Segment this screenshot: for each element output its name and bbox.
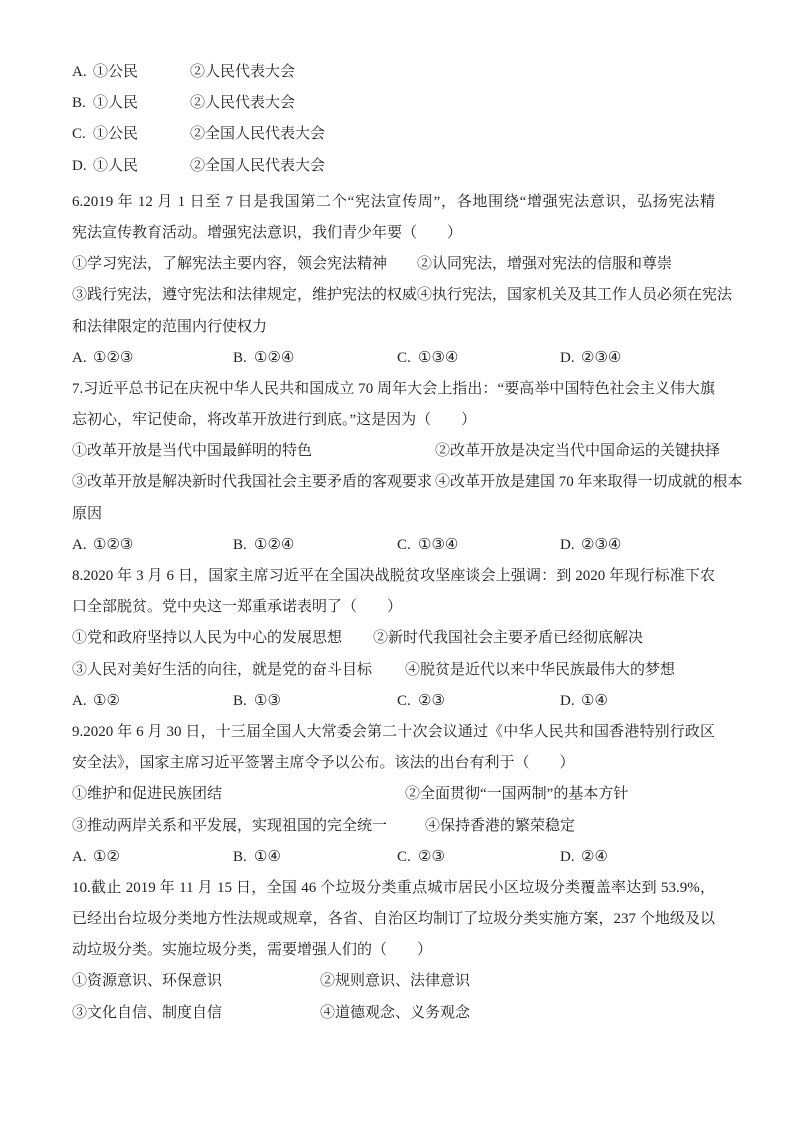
choice-cell-a: A.①②③ bbox=[72, 343, 133, 374]
exam-document-page: A.①公民 ②人民代表大会 B.①人民 ②人民代表大会 C.①公民 ②全国人民代… bbox=[0, 0, 793, 1029]
choice-cell-b: B.①②④ bbox=[233, 530, 294, 561]
question-text-line: 宪法宣传教育活动。增强宪法意识，我们青少年要（ ） bbox=[72, 218, 715, 249]
option-letter: B. bbox=[72, 88, 93, 119]
sub-option: ②全面贯彻“一国两制”的基本方针 bbox=[405, 779, 628, 810]
sub-options-row: ①改革开放是当代中国最鲜明的特色 ②改革开放是决定当代中国命运的关键抉择 bbox=[72, 436, 715, 467]
choice-text: ①②④ bbox=[254, 537, 294, 553]
question-text-line: 安全法》，国家主席习近平签署主席令予以公布。该法的出台有利于（ ） bbox=[72, 748, 715, 779]
sub-options-row: ③改革开放是解决新时代我国社会主要矛盾的客观要求 ④改革开放是建国 70 年来取… bbox=[72, 467, 715, 498]
choice-cell-b: B.①④ bbox=[233, 842, 281, 873]
sub-option: ③人民对美好生活的向往，就是党的奋斗目标 bbox=[72, 655, 372, 686]
sub-option: ①党和政府坚持以人民为中心的发展思想 bbox=[72, 623, 342, 654]
sub-option: ③践行宪法，遵守宪法和法律规定，维护宪法的权威 bbox=[72, 280, 417, 311]
sub-options-row: ③文化自信、制度自信 ④道德观念、义务观念 bbox=[72, 998, 715, 1029]
sub-option: ②规则意识、法律意识 bbox=[320, 966, 470, 997]
question-text-line: 8.2020 年 3 月 6 日，国家主席习近平在全国决战脱贫攻坚座谈会上强调：… bbox=[72, 561, 715, 592]
question-7: 7.习近平总书记在庆祝中华人民共和国成立 70 周年大会上指出：“要高举中国特色… bbox=[72, 374, 715, 561]
choice-text: ①②④ bbox=[254, 350, 294, 366]
choice-text: ②③④ bbox=[581, 537, 621, 553]
choice-letter: B. bbox=[233, 530, 254, 561]
sub-option: ①资源意识、环保意识 bbox=[72, 966, 222, 997]
choice-letter: C. bbox=[397, 343, 418, 374]
choice-text: ②④ bbox=[581, 849, 608, 865]
choice-letter: D. bbox=[560, 343, 581, 374]
sub-option: ④保持香港的繁荣稳定 bbox=[425, 811, 575, 842]
question-text-line: 原因 bbox=[72, 499, 715, 530]
choice-text: ①② bbox=[93, 849, 120, 865]
sub-options-row: ③人民对美好生活的向往，就是党的奋斗目标 ④脱贫是近代以来中华民族最伟大的梦想 bbox=[72, 655, 715, 686]
choice-cell-a: A.①② bbox=[72, 686, 120, 717]
choice-text: ①③④ bbox=[418, 350, 458, 366]
option-letter: A. bbox=[72, 57, 93, 88]
choice-cell-a: A.①②③ bbox=[72, 530, 133, 561]
choice-letter: A. bbox=[72, 842, 93, 873]
sub-options-row: ①维护和促进民族团结 ②全面贯彻“一国两制”的基本方针 bbox=[72, 779, 715, 810]
question-9: 9.2020 年 6 月 30 日，十三届全国人大常委会第二十次会议通过《中华人… bbox=[72, 717, 715, 873]
choice-cell-d: D.②③④ bbox=[560, 530, 621, 561]
choice-letter: B. bbox=[233, 842, 254, 873]
choice-cell-d: D.①④ bbox=[560, 686, 608, 717]
sub-option: ③改革开放是解决新时代我国社会主要矛盾的客观要求 bbox=[72, 467, 432, 498]
choice-cell-c: C.①③④ bbox=[397, 530, 458, 561]
choice-cell-d: D.②③④ bbox=[560, 343, 621, 374]
option-text: ②人民代表大会 bbox=[190, 88, 295, 119]
option-row-c: C.①公民 ②全国人民代表大会 bbox=[72, 119, 715, 150]
choice-text: ①② bbox=[93, 693, 120, 709]
question-10: 10.截止 2019 年 11 月 15 日，全国 46 个垃圾分类重点城市居民… bbox=[72, 873, 715, 1029]
choice-letter: D. bbox=[560, 686, 581, 717]
sub-options-row: ①党和政府坚持以人民为中心的发展思想 ②新时代我国社会主要矛盾已经彻底解决 bbox=[72, 623, 715, 654]
option-row-a: A.①公民 ②人民代表大会 bbox=[72, 57, 715, 88]
sub-option: ④道德观念、义务观念 bbox=[320, 998, 470, 1029]
choice-cell-b: B.①③ bbox=[233, 686, 281, 717]
option-text: ②人民代表大会 bbox=[190, 57, 295, 88]
option-text: ①人民 bbox=[93, 95, 138, 111]
choice-row: A.①②③ B.①②④ C.①③④ D.②③④ bbox=[72, 343, 715, 374]
option-cell: B.①人民 bbox=[72, 88, 138, 119]
question-text-line: 动垃圾分类。实施垃圾分类，需要增强人们的（ ） bbox=[72, 935, 715, 966]
choice-letter: A. bbox=[72, 530, 93, 561]
question-5-options: A.①公民 ②人民代表大会 B.①人民 ②人民代表大会 C.①公民 ②全国人民代… bbox=[72, 57, 715, 182]
question-text-line: 7.习近平总书记在庆祝中华人民共和国成立 70 周年大会上指出：“要高举中国特色… bbox=[72, 374, 715, 405]
sub-options-row: ①学习宪法，了解宪法主要内容，领会宪法精神 ②认同宪法，增强对宪法的信服和尊崇 bbox=[72, 249, 715, 280]
choice-text: ①②③ bbox=[93, 537, 133, 553]
sub-option: ③文化自信、制度自信 bbox=[72, 998, 222, 1029]
choice-text: ①④ bbox=[254, 849, 281, 865]
sub-option: ①改革开放是当代中国最鲜明的特色 bbox=[72, 436, 312, 467]
question-8: 8.2020 年 3 月 6 日，国家主席习近平在全国决战脱贫攻坚座谈会上强调：… bbox=[72, 561, 715, 717]
choice-letter: B. bbox=[233, 343, 254, 374]
sub-options-row: ③推动两岸关系和平发展，实现祖国的完全统一 ④保持香港的繁荣稳定 bbox=[72, 811, 715, 842]
sub-options-row: ③践行宪法，遵守宪法和法律规定，维护宪法的权威 ④执行宪法，国家机关及其工作人员… bbox=[72, 280, 715, 311]
question-text-line: 忘初心，牢记使命，将改革开放进行到底。”这是因为（ ） bbox=[72, 405, 715, 436]
choice-row: A.①② B.①④ C.②③ D.②④ bbox=[72, 842, 715, 873]
option-cell: A.①公民 bbox=[72, 57, 138, 88]
question-text-line: 已经出台垃圾分类地方性法规或规章，各省、自治区均制订了垃圾分类实施方案，237 … bbox=[72, 904, 715, 935]
choice-letter: C. bbox=[397, 530, 418, 561]
sub-option: ④脱贫是近代以来中华民族最伟大的梦想 bbox=[405, 655, 675, 686]
option-letter: C. bbox=[72, 119, 93, 150]
choice-cell-d: D.②④ bbox=[560, 842, 608, 873]
option-text: ①公民 bbox=[93, 64, 138, 80]
choice-letter: D. bbox=[560, 842, 581, 873]
question-6: 6.2019 年 12 月 1 日至 7 日是我国第二个“宪法宣传周”，各地围绕… bbox=[72, 187, 715, 374]
choice-text: ①④ bbox=[581, 693, 608, 709]
sub-option: ④执行宪法，国家机关及其工作人员必须在宪法 bbox=[417, 280, 732, 311]
option-cell: C.①公民 bbox=[72, 119, 138, 150]
option-row-b: B.①人民 ②人民代表大会 bbox=[72, 88, 715, 119]
choice-letter: A. bbox=[72, 343, 93, 374]
choice-letter: D. bbox=[560, 530, 581, 561]
question-text-line: 口全部脱贫。党中央这一郑重承诺表明了（ ） bbox=[72, 592, 715, 623]
option-text: ①公民 bbox=[93, 126, 138, 142]
choice-letter: C. bbox=[397, 842, 418, 873]
sub-option: ④改革开放是建国 70 年来取得一切成就的根本 bbox=[435, 467, 743, 498]
question-text-line: 和法律限定的范围内行使权力 bbox=[72, 312, 715, 343]
sub-option: ①学习宪法，了解宪法主要内容，领会宪法精神 bbox=[72, 249, 387, 280]
option-text: ②全国人民代表大会 bbox=[190, 119, 325, 150]
choice-row: A.①②③ B.①②④ C.①③④ D.②③④ bbox=[72, 530, 715, 561]
sub-option: ③推动两岸关系和平发展，实现祖国的完全统一 bbox=[72, 811, 387, 842]
option-text: ②全国人民代表大会 bbox=[190, 151, 325, 182]
choice-letter: B. bbox=[233, 686, 254, 717]
choice-cell-c: C.②③ bbox=[397, 842, 445, 873]
option-row-d: D.①人民 ②全国人民代表大会 bbox=[72, 151, 715, 182]
sub-options-row: ①资源意识、环保意识 ②规则意识、法律意识 bbox=[72, 966, 715, 997]
sub-option: ②认同宪法，增强对宪法的信服和尊崇 bbox=[417, 249, 672, 280]
choice-cell-b: B.①②④ bbox=[233, 343, 294, 374]
option-text: ①人民 bbox=[93, 158, 138, 174]
sub-option: ②新时代我国社会主要矛盾已经彻底解决 bbox=[373, 623, 643, 654]
question-text-line: 6.2019 年 12 月 1 日至 7 日是我国第二个“宪法宣传周”，各地围绕… bbox=[72, 187, 715, 218]
sub-option: ②改革开放是决定当代中国命运的关键抉择 bbox=[435, 436, 720, 467]
question-text-line: 9.2020 年 6 月 30 日，十三届全国人大常委会第二十次会议通过《中华人… bbox=[72, 717, 715, 748]
choice-letter: A. bbox=[72, 686, 93, 717]
choice-cell-a: A.①② bbox=[72, 842, 120, 873]
choice-row: A.①② B.①③ C.②③ D.①④ bbox=[72, 686, 715, 717]
choice-text: ①②③ bbox=[93, 350, 133, 366]
option-cell: D.①人民 bbox=[72, 151, 138, 182]
choice-cell-c: C.②③ bbox=[397, 686, 445, 717]
choice-text: ②③ bbox=[418, 849, 445, 865]
sub-option: ①维护和促进民族团结 bbox=[72, 779, 222, 810]
choice-text: ①③ bbox=[254, 693, 281, 709]
choice-letter: C. bbox=[397, 686, 418, 717]
choice-cell-c: C.①③④ bbox=[397, 343, 458, 374]
choice-text: ②③④ bbox=[581, 350, 621, 366]
choice-text: ②③ bbox=[418, 693, 445, 709]
option-letter: D. bbox=[72, 151, 93, 182]
choice-text: ①③④ bbox=[418, 537, 458, 553]
question-text-line: 10.截止 2019 年 11 月 15 日，全国 46 个垃圾分类重点城市居民… bbox=[72, 873, 715, 904]
